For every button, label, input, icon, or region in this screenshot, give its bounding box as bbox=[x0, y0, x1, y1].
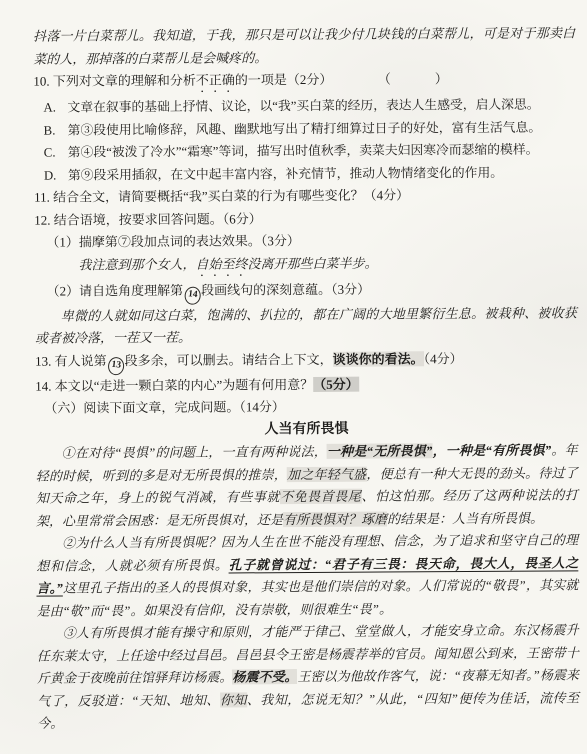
question-12: 12. 结合语境，按要求回答问题。（6分） bbox=[34, 206, 576, 232]
question-11: 11. 结合全文，请简要概括“我”买白菜的行为有哪些变化？（4分） bbox=[34, 183, 576, 209]
text-segment: 段画线句的深刻意蕴。（3分） bbox=[201, 281, 370, 297]
text-segment: 13 bbox=[107, 356, 125, 376]
text-segment: ①在对待“畏惧”的问题上，一直有两种说法， bbox=[62, 444, 327, 461]
question-12-part1: （1）揣摩第⑦段加点词的表达效果。（3分） bbox=[34, 228, 576, 254]
essay-paragraph-1: ①在对待“畏惧”的问题上，一直有两种说法，一种是“无所畏惧”，一种是“有所畏惧”… bbox=[36, 439, 579, 532]
text-segment: 谈谈你的看法。 bbox=[333, 351, 424, 367]
option-text: 第④段“被泼了冷水”“霜寒”等词，描写出时值秋季，卖菜夫妇因寒冷而瑟缩的模样。 bbox=[68, 138, 576, 164]
text-segment: 14. 本文以“走进一颗白菜的内心”为题有何用意？ bbox=[35, 376, 313, 393]
question-10-stem: 10. 下列对文章的理解和分析不正确的一项是（2分）（ ） bbox=[33, 67, 575, 96]
question-10-option-b: B. 第③段使用比喻修辞，风趣、幽默地写出了精打细算过日子的好处，富有生活气息。 bbox=[34, 116, 576, 142]
question-10-option-d: D. 第⑨段采用插叙，在文中起丰富内容，补充情节，推动人物情绪变化的作用。 bbox=[34, 161, 576, 187]
text-segment: 抖落一片白菜帮儿。我知道，于我，那只是可以让我少付几块钱的白菜帮儿，可是对于那卖… bbox=[33, 25, 575, 66]
text-segment: 12. 结合语境，按要求回答问题。（6分） bbox=[34, 211, 262, 227]
text-segment: （2）请自选角度理解第 bbox=[47, 282, 184, 298]
essay-title: 人当有所畏惧 bbox=[35, 417, 577, 443]
text-segment: 一种是“无所畏惧” bbox=[327, 443, 433, 459]
text-segment: 有所畏惧对？琢磨 bbox=[283, 511, 387, 527]
exam-sheet: 抖落一片白菜帮儿。我知道，于我，那只是可以让我少付几块钱的白菜帮儿，可是对于那卖… bbox=[33, 22, 579, 735]
text-segment: 我注意到那个女人， bbox=[78, 256, 195, 272]
text-segment: 卑微的人就如同这白菜，饱满的、扒拉的，都在广阔的大地里繁衍生息。被栽种、被收获或… bbox=[35, 305, 577, 346]
option-label: B. bbox=[44, 119, 68, 142]
text-segment: 杨震不受。 bbox=[232, 669, 297, 684]
option-label: A. bbox=[43, 96, 67, 119]
question-12-part1-quote: 我注意到那个女人，自始至终没离开那些白菜半步。 bbox=[34, 251, 576, 280]
text-segment: 13. 有人说第 bbox=[35, 353, 107, 368]
essay-paragraph-3: ③人有所畏惧才能有操守和原则，才能严于律己、堂堂做人，才能安身立命。东汉杨震升任… bbox=[37, 619, 580, 735]
text-segment: 的一项是（2分） bbox=[235, 72, 333, 88]
text-segment: （ ） bbox=[384, 71, 454, 86]
question-10-option-c: C. 第④段“被泼了冷水”“霜寒”等词，描写出时值秋季，卖菜夫妇因寒冷而瑟缩的模… bbox=[34, 138, 576, 164]
text-segment: 自始至终 bbox=[195, 256, 247, 271]
text-segment: 加之年轻气盛 bbox=[287, 466, 366, 481]
option-text: 文章在叙事的基础上抒情、议论，以“我”买白菜的经历，表达人生感受，启人深思。 bbox=[67, 93, 575, 119]
text-segment: 你知 bbox=[220, 692, 247, 707]
text-segment: ， bbox=[432, 443, 445, 458]
option-label: D. bbox=[44, 164, 68, 187]
question-14: 14. 本文以“走进一颗白菜的内心”为题有何用意？（5分） bbox=[35, 372, 577, 398]
text-segment: 没离开那些白菜半步。 bbox=[247, 255, 377, 271]
text-segment: （5分） bbox=[313, 376, 359, 391]
scanned-exam-page: 抖落一片白菜帮儿。我知道，于我，那只是可以让我少付几块钱的白菜帮儿，可是对于那卖… bbox=[0, 0, 587, 754]
text-segment: 一种是“有所畏惧” bbox=[446, 442, 552, 458]
section-six-header: （六）阅读下面文章，完成问题。（14分） bbox=[35, 394, 577, 420]
text-segment: 10. 下列对文章的理解和分析 bbox=[33, 73, 196, 89]
question-12-part2-quote: 卑微的人就如同这白菜，饱满的、扒拉的，都在广阔的大地里繁衍生息。被栽种、被收获或… bbox=[35, 302, 577, 350]
text-segment: （1）揣摩第⑦段加点词的表达效果。（3分） bbox=[46, 233, 300, 250]
option-text: 第⑨段采用插叙，在文中起丰富内容，补充情节，推动人物情绪变化的作用。 bbox=[68, 161, 576, 187]
text-segment: 这里孔子指出的圣人的畏惧对象，其实也是他们崇信的对象。人们常说的“敬畏”，其实就… bbox=[37, 577, 579, 618]
question-10-option-a: A. 文章在叙事的基础上抒情、议论，以“我”买白菜的经历，表达人生感受，启人深思… bbox=[33, 93, 575, 119]
text-segment: 不正确 bbox=[196, 72, 235, 87]
text-segment: （4分） bbox=[424, 351, 463, 366]
text-segment: 14 bbox=[183, 285, 201, 305]
text-segment: 的结果是：人当有所畏惧。 bbox=[387, 510, 543, 526]
text-segment: 11. 结合全文，请简要概括“我”买白菜的行为有哪些变化？（4分） bbox=[34, 187, 409, 204]
essay-paragraph-2: ②为什么人当有所畏惧呢？因为人生在世不能没有理想、信念，为了追求和坚守自己的理想… bbox=[36, 529, 579, 622]
passage-continuation: 抖落一片白菜帮儿。我知道，于我，那只是可以让我少付几块钱的白菜帮儿，可是对于那卖… bbox=[33, 22, 575, 70]
question-12-part2: （2）请自选角度理解第14段画线句的深刻意蕴。（3分） bbox=[35, 277, 577, 305]
text-segment: （六）阅读下面文章，完成问题。（14分） bbox=[44, 399, 285, 415]
text-segment: 不免畏首畏尾 bbox=[280, 489, 361, 504]
option-label: C. bbox=[44, 141, 68, 164]
question-13: 13. 有人说第13段多余，可以删去。请结合上下文，谈谈你的看法。（4分） bbox=[35, 347, 577, 375]
text-segment: 段多余，可以删去。请结合上下文， bbox=[125, 351, 333, 367]
option-text: 第③段使用比喻修辞，风趣、幽默地写出了精打细算过日子的好处，富有生活气息。 bbox=[68, 116, 576, 142]
